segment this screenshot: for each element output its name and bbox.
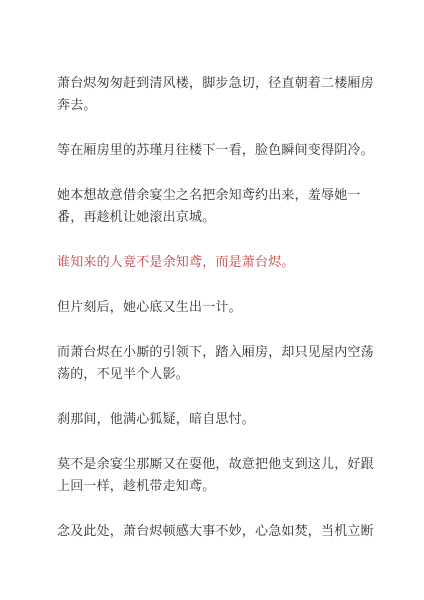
- paragraph: 她本想故意借余宴尘之名把余知鸢约出来，羞辱她一番，再趁机让她滚出京城。: [57, 184, 378, 228]
- paragraph: 刹那间，他满心狐疑，暗自思忖。: [57, 408, 378, 430]
- highlighted-paragraph: 谁知来的人竟不是余知鸢，而是萧台烬。: [57, 251, 378, 273]
- paragraph: 念及此处，萧台烬顿感大事不妙，心急如焚，当机立断: [57, 520, 378, 542]
- reader-page: 萧台烬匆匆赶到清风楼，脚步急切，径直朝着二楼厢房奔去。等在厢房里的苏瑾月往楼下一…: [0, 0, 424, 600]
- novel-text-area: 萧台烬匆匆赶到清风楼，脚步急切，径直朝着二楼厢房奔去。等在厢房里的苏瑾月往楼下一…: [0, 0, 424, 542]
- paragraph: 等在厢房里的苏瑾月往楼下一看，脸色瞬间变得阴冷。: [57, 139, 378, 161]
- paragraph: 莫不是余宴尘那厮又在耍他，故意把他支到这儿，好跟上回一样，趁机带走知鸢。: [57, 453, 378, 497]
- paragraph: 萧台烬匆匆赶到清风楼，脚步急切，径直朝着二楼厢房奔去。: [57, 72, 378, 116]
- paragraph: 但片刻后，她心底又生出一计。: [57, 296, 378, 318]
- paragraph: 而萧台烬在小厮的引领下，踏入厢房，却只见屋内空荡荡的，不见半个人影。: [57, 341, 378, 385]
